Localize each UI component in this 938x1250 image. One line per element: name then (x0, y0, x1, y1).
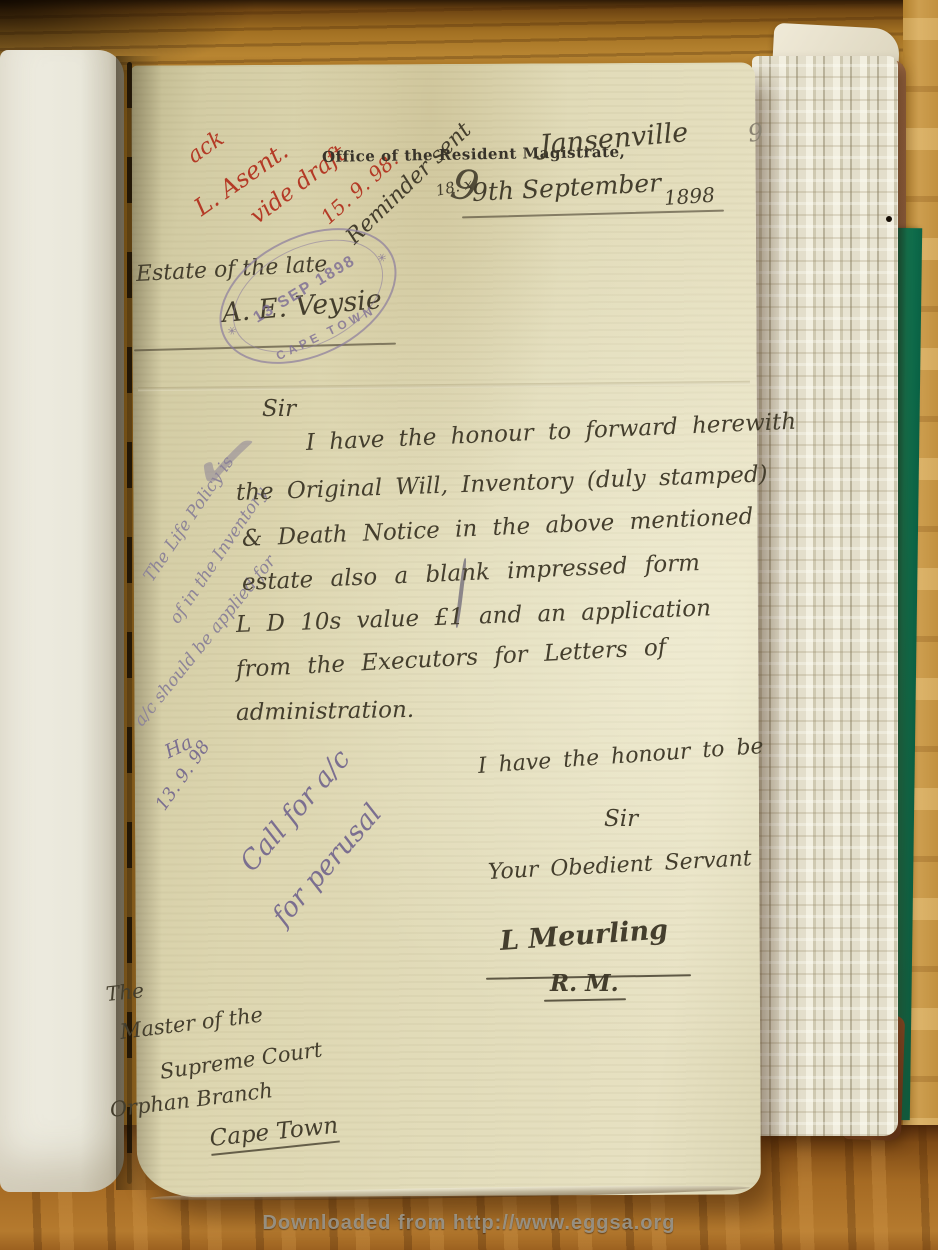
salutation: Sir (262, 396, 296, 422)
body-line-7: administration. (236, 697, 415, 726)
book-gutter-stitch-line (127, 62, 132, 1184)
left-page-block (0, 50, 124, 1192)
ragged-page-stack (752, 56, 898, 1136)
letterhead-year: 1898 (663, 182, 715, 209)
closing-line-2: Sir (604, 806, 638, 832)
address-line-1: The (105, 978, 145, 1006)
speck-on-wood (886, 216, 892, 222)
signature-title: R. M. (550, 970, 619, 997)
photo-of-archive-letter: ack L. Asent. vide draft 15. 9. 98. Remi… (0, 0, 938, 1250)
eggsa-watermark: Downloaded from http://www.eggsa.org (0, 1212, 938, 1235)
